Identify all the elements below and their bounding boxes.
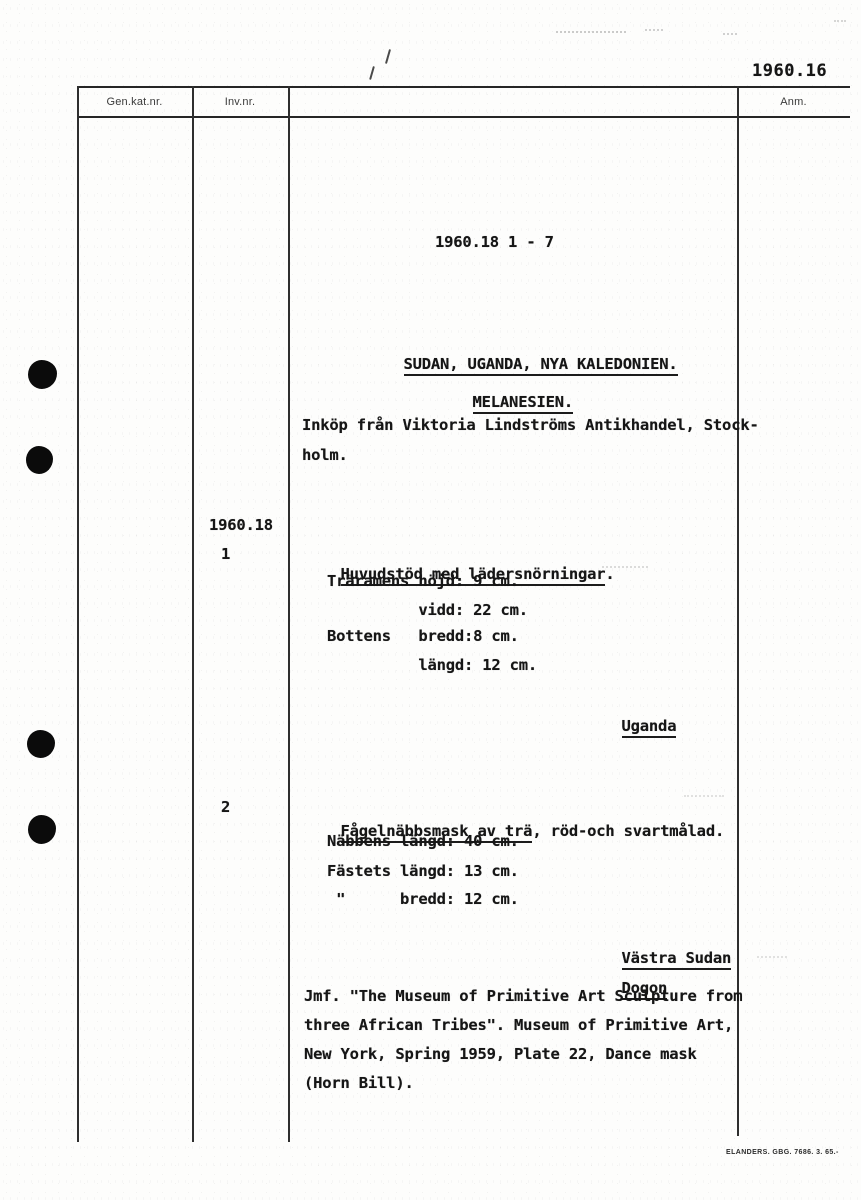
punch-hole <box>28 360 57 389</box>
scan-artifact <box>556 31 626 33</box>
punch-hole <box>26 446 53 474</box>
table-divider-2 <box>288 86 290 1142</box>
reference-line: Jmf. "The Museum of Primitive Art Sculpt… <box>304 987 742 1006</box>
scan-artifact <box>684 795 724 797</box>
locality: Uganda <box>585 698 676 755</box>
pen-slash-mark <box>369 66 375 80</box>
pen-slash-mark <box>385 49 391 64</box>
item-title-suffix: . <box>605 565 614 583</box>
scan-artifact <box>645 29 663 31</box>
measurement-line: Bottens bredd:8 cm. <box>327 627 519 646</box>
provenance-line: Inköp från Viktoria Lindströms Antikhand… <box>302 416 759 435</box>
column-header-inv-nr: Inv.nr. <box>192 96 288 108</box>
scan-artifact <box>723 33 737 35</box>
punch-hole <box>28 815 56 844</box>
scan-artifact <box>834 20 846 22</box>
scan-artifact <box>757 956 787 958</box>
printer-imprint: ELANDERS. GBG. 7686. 3. 65.- <box>726 1149 839 1156</box>
page-number: 1960.16 <box>752 62 827 81</box>
table-divider-1 <box>192 86 194 1142</box>
column-header-anm: Anm. <box>737 96 850 108</box>
catalog-page: 1960.16 Gen.kat.nr. Inv.nr. Anm. 1960.18… <box>0 0 861 1200</box>
inventory-number: 1 <box>221 545 230 564</box>
measurement-line: Träramens höjd: 9 cm. <box>327 572 519 591</box>
table-left-border <box>77 86 79 1142</box>
measurement-line: Näbbens längd: 40 cm. <box>327 832 519 851</box>
range-heading: 1960.18 1 - 7 <box>435 233 554 252</box>
reference-line: New York, Spring 1959, Plate 22, Dance m… <box>304 1045 697 1064</box>
reference-line: three African Tribes". Museum of Primiti… <box>304 1016 733 1035</box>
locality-text: Uganda <box>622 717 677 738</box>
measurement-line: " bredd: 12 cm. <box>327 890 519 909</box>
inventory-group-number: 1960.18 <box>209 516 273 535</box>
item-title-suffix: , röd-och svartmålad. <box>532 822 724 840</box>
region-subheading-text: MELANESIEN. <box>473 393 573 414</box>
measurement-line: längd: 12 cm. <box>327 656 537 675</box>
column-header-gen-kat-nr: Gen.kat.nr. <box>77 96 192 108</box>
table-divider-3 <box>737 86 739 1136</box>
region-heading-text: SUDAN, UGANDA, NYA KALEDONIEN. <box>404 355 678 376</box>
inventory-number: 2 <box>221 798 230 817</box>
reference-line: (Horn Bill). <box>304 1074 414 1093</box>
punch-hole <box>27 730 55 758</box>
provenance-line: holm. <box>302 446 348 465</box>
measurement-line: vidd: 22 cm. <box>327 601 528 620</box>
measurement-line: Fästets längd: 13 cm. <box>327 862 519 881</box>
